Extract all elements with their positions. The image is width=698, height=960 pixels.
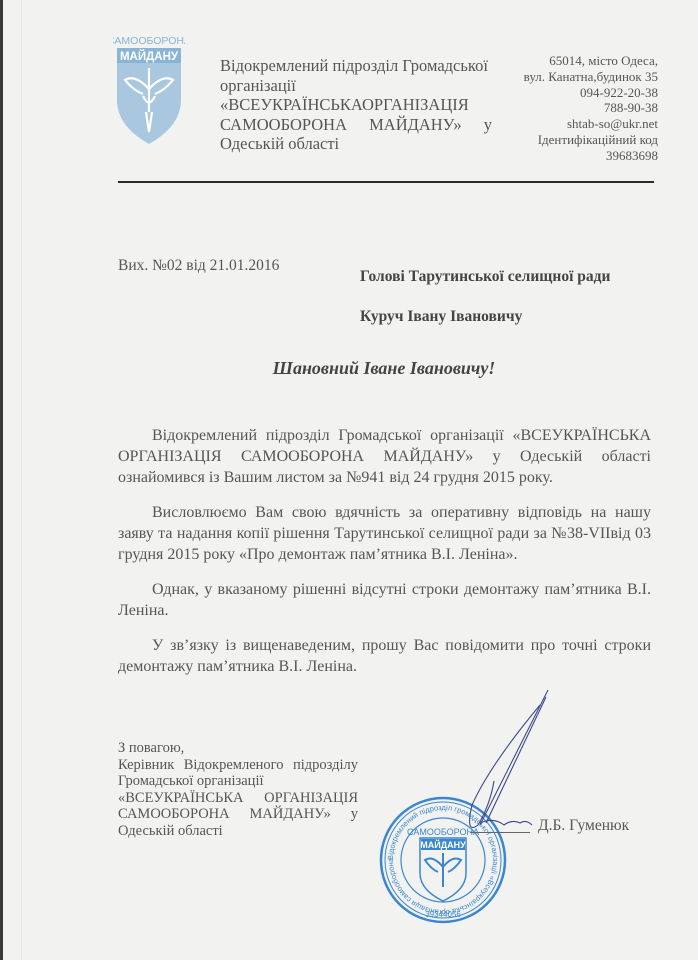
street-line: вул. Канатна,будинок 35 — [468, 69, 658, 85]
closing-line: Керівник Відокремленого підрозділу — [118, 757, 358, 774]
closing-line: «ВСЕУКРАЇНСЬКА ОРГАНІЗАЦІЯ — [118, 790, 358, 807]
org-line: Відокремлений підрозділ Громадської — [220, 56, 492, 76]
paragraph: Однак, у вказаному рішенні відсутні стро… — [118, 579, 651, 621]
signer-name: Д.Б. Гуменюк — [538, 817, 629, 835]
org-line: «ВСЕУКРАЇНСЬКАОРГАНІЗАЦІЯ — [220, 95, 492, 115]
address-line: 65014, місто Одеса, — [468, 53, 658, 69]
letterhead-organization: Відокремлений підрозділ Громадської орга… — [220, 56, 492, 154]
letterhead-contacts: 65014, місто Одеса, вул. Канатна,будинок… — [468, 53, 658, 164]
closing-block: З повагою, Керівник Відокремленого підро… — [118, 740, 358, 839]
closing-line: САМООБОРОНА МАЙДАНУ» у — [118, 806, 358, 823]
phone-2: 788-90-38 — [468, 100, 658, 116]
org-line: Одеській області — [220, 134, 492, 154]
regards: З повагою, — [118, 740, 358, 757]
svg-text:МАЙДАНУ: МАЙДАНУ — [120, 50, 179, 63]
paragraph: Висловлюємо Вам свою вдячність за операт… — [118, 502, 651, 565]
org-line: САМООБОРОНА МАЙДАНУ» у — [220, 115, 492, 135]
header-divider — [118, 181, 654, 183]
closing-line: Громадської організації — [118, 773, 358, 790]
id-code-value: 39683698 — [468, 148, 658, 164]
org-line: організації — [220, 76, 492, 96]
signature-line — [470, 832, 530, 833]
phone-1: 094-922-20-38 — [468, 85, 658, 101]
outgoing-reference: Вих. №02 від 21.01.2016 — [118, 257, 279, 275]
addressee-position: Голові Тарутинської селищної ради — [360, 257, 610, 297]
organization-logo-icon: САМООБОРОНА МАЙДАНУ — [113, 34, 185, 146]
salutation: Шановний Іване Івановичу! — [0, 358, 698, 379]
addressee: Голові Тарутинської селищної ради Куруч … — [360, 257, 610, 337]
letter-body: Відокремлений підрозділ Громадської орга… — [118, 425, 651, 691]
paragraph: У зв’язку із вищенаведеним, прошу Вас по… — [118, 635, 651, 677]
page-fold-line — [21, 0, 22, 960]
svg-text:39344056: 39344056 — [425, 910, 461, 919]
paragraph: Відокремлений підрозділ Громадської орга… — [118, 425, 651, 488]
id-code-label: Ідентифікаційний код — [468, 132, 658, 148]
email: shtab-so@ukr.net — [468, 116, 658, 132]
svg-text:САМООБОРОНА: САМООБОРОНА — [113, 35, 185, 47]
closing-line: Одеській області — [118, 823, 358, 840]
addressee-name: Куруч Івану Івановичу — [360, 297, 610, 337]
